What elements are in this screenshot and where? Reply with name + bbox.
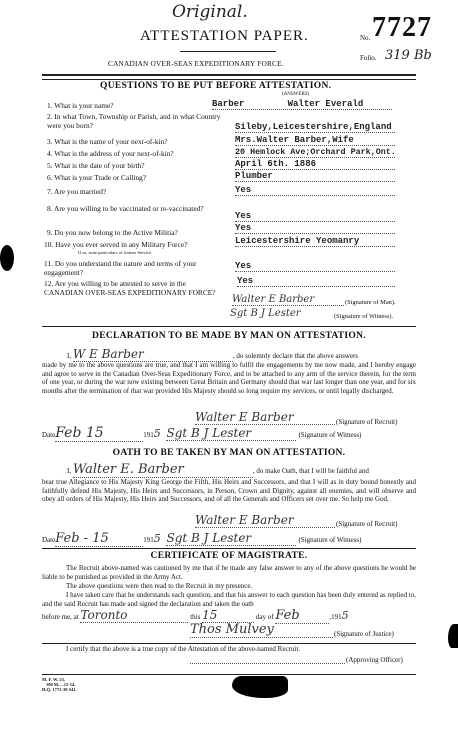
question-10: 10. Have you ever served in any Military…	[44, 240, 224, 249]
section-divider-2	[42, 548, 416, 549]
question-5: 5. What is the date of your birth?	[47, 161, 223, 170]
certificate-place: Toronto	[80, 608, 188, 623]
certificate-para-1: The Recruit above-named was cautioned by…	[42, 564, 416, 581]
ink-blot	[232, 676, 288, 698]
folio-number: 319 Bb	[385, 48, 432, 63]
declaration-body: made by me to the above questions are tr…	[42, 361, 416, 395]
oath-body: bear true Allegiance to His Majesty King…	[42, 478, 416, 504]
question-11: 11. Do you understand the nature and ter…	[44, 259, 224, 277]
section-divider-1	[42, 326, 416, 327]
document-title: ATTESTATION PAPER.	[140, 28, 309, 45]
signature-of-man: Walter E Barber	[232, 294, 344, 306]
number-label: No.	[360, 34, 370, 42]
declaration-date: Feb 15	[55, 425, 143, 442]
document-subtitle: CANADIAN OVER-SEAS EXPEDITIONARY FORCE.	[108, 59, 284, 68]
signature-of-justice: Thos Mulvey	[190, 622, 333, 638]
handwritten-original-note: Original.	[172, 2, 248, 22]
answer-9-militia: Yes	[235, 223, 395, 234]
form-code: M. F. W. 23. 100 M.—12-14. H.Q. 1772-39-…	[42, 677, 77, 692]
question-10-note: If so, state particulars of former Servi…	[78, 250, 152, 255]
signature-of-justice-label: (Signature of Justice)	[334, 630, 394, 638]
bottom-rule	[42, 674, 416, 675]
answer-5-birth-date: April 6th. 1886	[235, 159, 395, 170]
oath-date-row: DateFeb - 151915 Sgt B J Lester(Signatur…	[42, 531, 416, 547]
oath-first-line: I, Walter E. Barber, do make Oath, that …	[42, 462, 416, 478]
question-6: 6. What is your Trade or Calling?	[47, 173, 223, 182]
question-3: 3. What is the name of your next-of-kin?	[47, 137, 223, 146]
page-edge-damage	[448, 624, 458, 648]
declaration-first-line: I, W E Barber, do solemnly declare that …	[42, 347, 416, 362]
question-8: 8. Are you willing to be vaccinated or r…	[47, 203, 223, 215]
oath-signature-recruit-label: (Signature of Recruit)	[336, 520, 397, 528]
certificate-heading: CERTIFICATE OF MAGISTRATE.	[42, 551, 416, 561]
answer-6-trade: Plumber	[235, 171, 395, 182]
true-copy-certification: I certify that the above is a true copy …	[66, 645, 300, 653]
answer-3-next-of-kin: Mrs.Walter Barber,Wife	[235, 135, 395, 146]
oath-signature-recruit: Walter E Barber	[195, 513, 335, 528]
answer-12-willing-to-serve: Yes	[237, 276, 395, 287]
oath-heading: OATH TO BE TAKEN BY MAN ON ATTESTATION.	[42, 448, 416, 458]
answers-label: (ANSWERS)	[282, 92, 309, 97]
declaration-signature-witness: Sgt B J Lester	[166, 426, 296, 441]
question-2: 2. In what Town, Township or Parish, and…	[47, 112, 223, 130]
approving-officer-label: (Approving Officer)	[346, 656, 403, 664]
question-4: 4. What is the address of your next-of-k…	[47, 149, 223, 158]
question-7: 7. Are you married?	[47, 187, 223, 196]
attestation-number: 7727	[372, 12, 432, 44]
answer-10-military-service: Leicestershire Yeomanry	[235, 236, 395, 247]
oath-name-signature: Walter E. Barber	[73, 462, 253, 478]
certificate-day: 15	[202, 608, 254, 623]
folio-label: Folio.	[360, 54, 377, 62]
punch-hole	[0, 245, 14, 271]
certificate-para-2: The above questions were then read to th…	[42, 582, 416, 591]
answer-8-vaccinated: Yes	[235, 211, 395, 222]
section-divider-3	[42, 643, 416, 644]
signature-of-man-label: (Signature of Man).	[345, 299, 396, 306]
declaration-name-signature: W E Barber	[73, 347, 233, 362]
declaration-signature-recruit: Walter E Barber	[195, 410, 335, 425]
certificate-para-3: I have taken care that he understands ea…	[42, 591, 416, 608]
questions-heading: QUESTIONS TO BE PUT BEFORE ATTESTATION.	[100, 81, 340, 91]
oath-signature-witness: Sgt B J Lester	[166, 531, 296, 546]
title-underline	[180, 51, 276, 52]
question-9: 9. Do you now belong to the Active Milit…	[47, 228, 223, 237]
answer-2-birthplace: Sileby,Leicestershire,England	[235, 122, 395, 133]
question-12: 12. Are you willing to be attested to se…	[44, 279, 224, 297]
header-double-rule	[42, 74, 416, 80]
oath-date: Feb - 15	[55, 531, 143, 547]
signature-of-witness-label-1: (Signature of Witness).	[334, 313, 393, 320]
answer-1-name: Barber Walter Everald	[212, 99, 392, 110]
answer-11-understand-terms: Yes	[235, 261, 395, 272]
answer-7-married: Yes	[235, 185, 395, 196]
declaration-date-row: DateFeb 151915 Sgt B J Lester(Signature …	[42, 425, 416, 442]
question-1: 1. What is your name?	[47, 101, 223, 110]
declaration-heading: DECLARATION TO BE MADE BY MAN ON ATTESTA…	[42, 331, 416, 341]
signature-of-witness-1: Sgt B J Lester	[230, 308, 334, 319]
answer-4-address: 20 Hemlock Ave;Orchard Park,Ont.	[235, 147, 395, 158]
approving-officer-line	[190, 655, 345, 664]
